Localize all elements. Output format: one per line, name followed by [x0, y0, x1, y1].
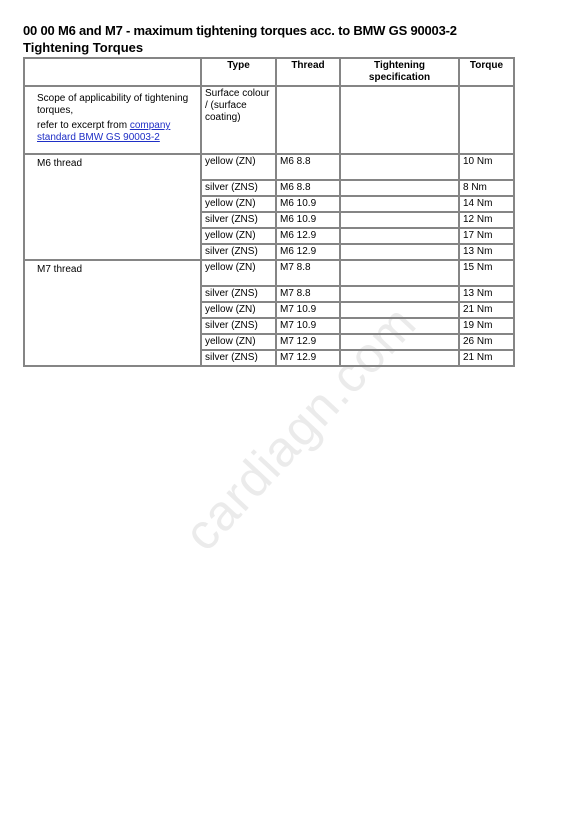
thread-cell: M6 8.8	[276, 180, 340, 196]
scope-cell: Scope of applicability of tightening tor…	[24, 86, 201, 154]
thread-cell: M7 10.9	[276, 318, 340, 334]
torque-cell: 21 Nm	[459, 302, 514, 318]
torque-cell: 12 Nm	[459, 212, 514, 228]
header-thread: Thread	[276, 58, 340, 86]
scope-type-cell: Surface colour / (surface coating)	[201, 86, 276, 154]
type-cell: silver (ZNS)	[201, 180, 276, 196]
spec-cell	[340, 180, 459, 196]
section-subtitle: Tightening Torques	[23, 40, 143, 55]
type-cell: yellow (ZN)	[201, 260, 276, 286]
header-tightening-specification: Tightening specification	[340, 58, 459, 86]
scope-reference: refer to excerpt from company standard B…	[37, 120, 192, 144]
tightening-torques-table: Type Thread Tightening specification Tor…	[23, 57, 515, 367]
torque-cell: 8 Nm	[459, 180, 514, 196]
thread-cell: M7 10.9	[276, 302, 340, 318]
table-row: M6 threadyellow (ZN)M6 8.810 Nm	[24, 154, 514, 180]
thread-cell: M7 12.9	[276, 350, 340, 366]
thread-cell: M7 12.9	[276, 334, 340, 350]
thread-cell: M6 8.8	[276, 154, 340, 180]
type-cell: yellow (ZN)	[201, 196, 276, 212]
scope-torque-cell	[459, 86, 514, 154]
torque-cell: 17 Nm	[459, 228, 514, 244]
header-type: Type	[201, 58, 276, 86]
torque-cell: 10 Nm	[459, 154, 514, 180]
thread-cell: M6 12.9	[276, 228, 340, 244]
thread-cell: M6 12.9	[276, 244, 340, 260]
spec-cell	[340, 318, 459, 334]
scope-row: Scope of applicability of tightening tor…	[24, 86, 514, 154]
torque-cell: 14 Nm	[459, 196, 514, 212]
thread-cell: M7 8.8	[276, 286, 340, 302]
table-header-row: Type Thread Tightening specification Tor…	[24, 58, 514, 86]
scope-text: Scope of applicability of tightening tor…	[37, 93, 192, 117]
scope-reference-prefix: refer to excerpt from	[37, 120, 130, 131]
spec-cell	[340, 228, 459, 244]
torque-cell: 15 Nm	[459, 260, 514, 286]
torque-cell: 19 Nm	[459, 318, 514, 334]
spec-cell	[340, 244, 459, 260]
type-cell: yellow (ZN)	[201, 154, 276, 180]
spec-cell	[340, 154, 459, 180]
type-cell: silver (ZNS)	[201, 318, 276, 334]
thread-group-label: M6 thread	[24, 154, 201, 260]
type-cell: yellow (ZN)	[201, 302, 276, 318]
type-cell: silver (ZNS)	[201, 286, 276, 302]
thread-group-label: M7 thread	[24, 260, 201, 366]
type-cell: yellow (ZN)	[201, 228, 276, 244]
spec-cell	[340, 260, 459, 286]
thread-cell: M6 10.9	[276, 196, 340, 212]
torque-cell: 26 Nm	[459, 334, 514, 350]
spec-cell	[340, 302, 459, 318]
scope-thread-cell	[276, 86, 340, 154]
page-title: 00 00 M6 and M7 - maximum tightening tor…	[23, 23, 457, 38]
type-cell: silver (ZNS)	[201, 350, 276, 366]
torque-cell: 13 Nm	[459, 286, 514, 302]
spec-cell	[340, 350, 459, 366]
table-row: M7 threadyellow (ZN)M7 8.815 Nm	[24, 260, 514, 286]
torque-cell: 13 Nm	[459, 244, 514, 260]
header-torque: Torque	[459, 58, 514, 86]
torque-cell: 21 Nm	[459, 350, 514, 366]
thread-cell: M6 10.9	[276, 212, 340, 228]
spec-cell	[340, 212, 459, 228]
scope-spec-cell	[340, 86, 459, 154]
thread-cell: M7 8.8	[276, 260, 340, 286]
spec-cell	[340, 196, 459, 212]
spec-cell	[340, 286, 459, 302]
type-cell: yellow (ZN)	[201, 334, 276, 350]
type-cell: silver (ZNS)	[201, 244, 276, 260]
header-blank	[24, 58, 201, 86]
spec-cell	[340, 334, 459, 350]
type-cell: silver (ZNS)	[201, 212, 276, 228]
